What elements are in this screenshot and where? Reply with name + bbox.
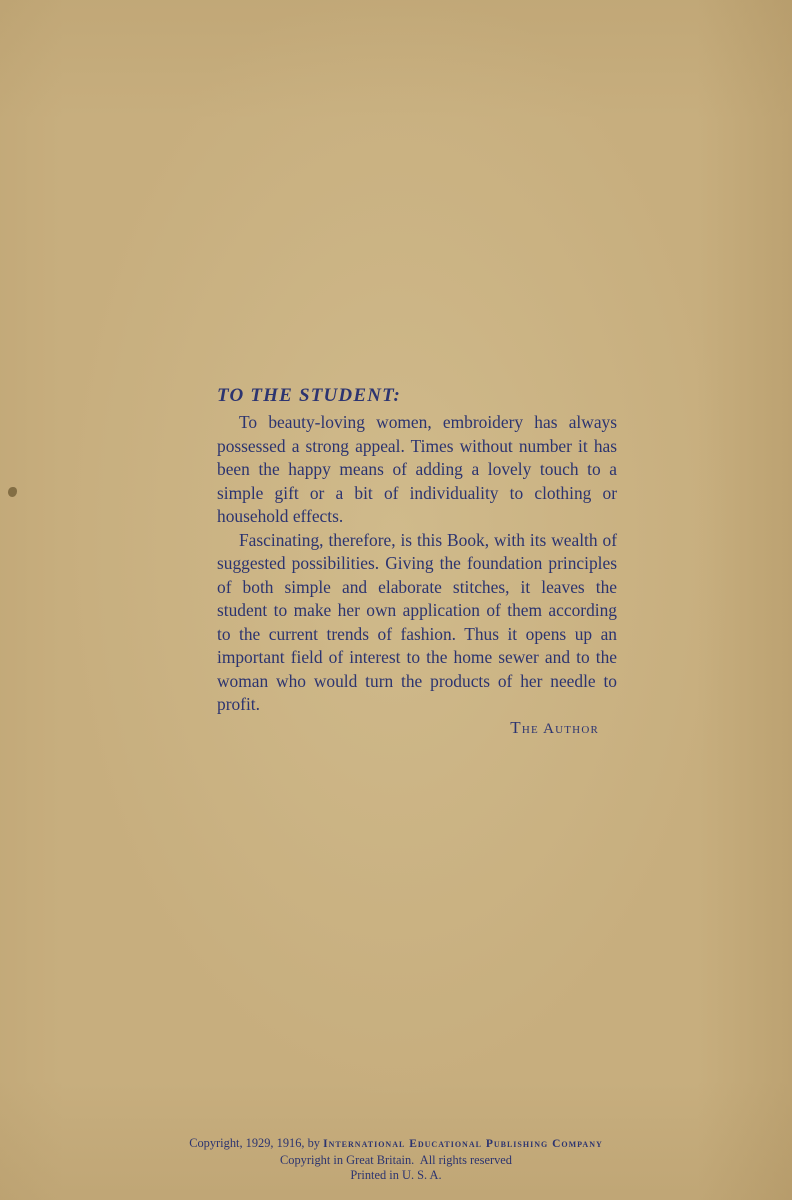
copyright-prefix: Copyright, 1929, 1916, by <box>189 1136 323 1150</box>
foreword-paragraph-1: To beauty-loving women, embroidery has a… <box>217 411 617 529</box>
copyright-notice: Copyright, 1929, 1916, by International … <box>0 1136 792 1184</box>
foreword-heading: TO THE STUDENT: <box>217 385 617 407</box>
publisher-name: International Educational Publishing Com… <box>323 1138 603 1150</box>
copyright-line-1: Copyright, 1929, 1916, by International … <box>0 1136 792 1153</box>
foreword-section: TO THE STUDENT: To beauty-loving women, … <box>217 385 617 739</box>
copyright-line-2: Copyright in Great Britain. All rights r… <box>0 1153 792 1169</box>
author-signature: The Author <box>217 718 599 739</box>
foreword-paragraph-2: Fascinating, therefore, is this Book, wi… <box>217 529 617 717</box>
printed-in-line: Printed in U. S. A. <box>0 1168 792 1184</box>
paper-blemish <box>8 487 17 497</box>
